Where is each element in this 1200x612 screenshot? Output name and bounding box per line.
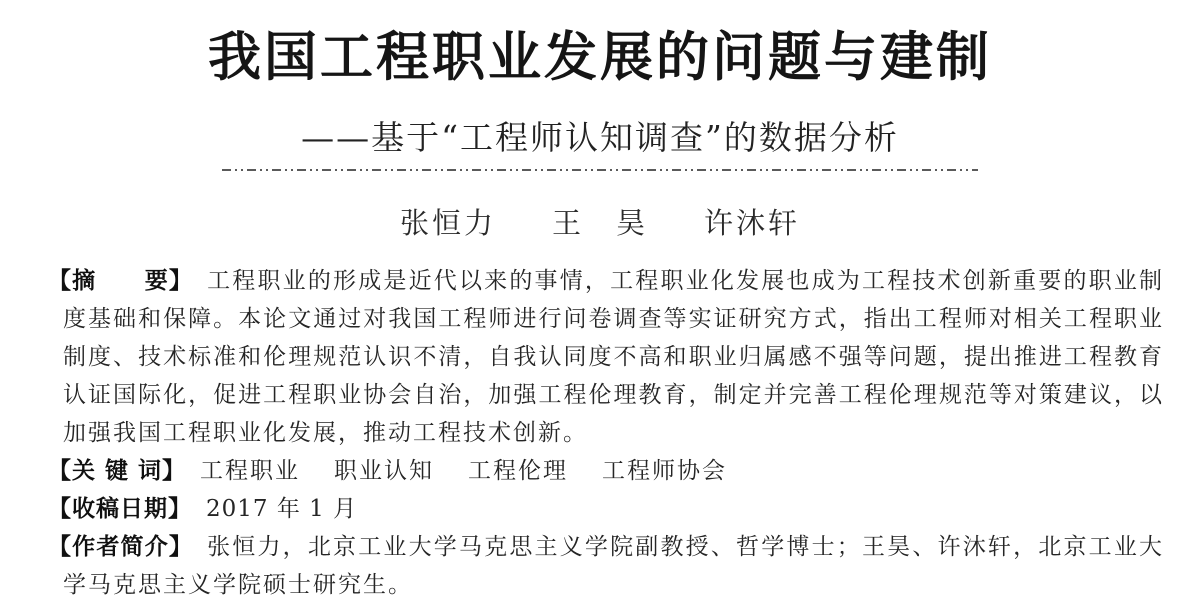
author-name: 许沐轩 <box>704 201 800 242</box>
keywords-section: 【关 键 词】工程职业职业认知工程伦理工程师协会 <box>48 452 1164 490</box>
author-bio-label: 【作者简介】 <box>48 534 193 560</box>
keywords-label: 【关 键 词】 <box>48 458 186 484</box>
abstract-section: 【摘 要】工程职业的形成是近代以来的事情，工程职业化发展也成为工程技术创新重要的… <box>48 262 1164 452</box>
keyword: 工程伦理 <box>468 458 568 484</box>
keyword: 工程职业 <box>200 458 300 484</box>
subtitle-dash-dot-divider <box>222 169 978 171</box>
front-matter: 【摘 要】工程职业的形成是近代以来的事情，工程职业化发展也成为工程技术创新重要的… <box>48 262 1164 604</box>
abstract-label: 【摘 要】 <box>48 268 193 294</box>
paper-title: 我国工程职业发展的问题与建制 <box>0 22 1200 94</box>
paper-page: 我国工程职业发展的问题与建制 ——基于“工程师认知调查”的数据分析 张恒力 王 … <box>0 0 1200 612</box>
keyword: 工程师协会 <box>602 458 727 484</box>
author-list: 张恒力 王 昊 许沐轩 <box>0 201 1200 242</box>
keyword: 职业认知 <box>334 458 434 484</box>
abstract-text: 工程职业的形成是近代以来的事情，工程职业化发展也成为工程技术创新重要的职业制度基… <box>63 268 1164 446</box>
author-bio-section: 【作者简介】张恒力，北京工业大学马克思主义学院副教授、哲学博士；王昊、许沐轩，北… <box>48 528 1164 604</box>
author-bio-text: 张恒力，北京工业大学马克思主义学院副教授、哲学博士；王昊、许沐轩，北京工业大学马… <box>63 534 1164 598</box>
paper-subtitle-row: ——基于“工程师认知调查”的数据分析 <box>222 112 978 169</box>
author-name: 王 昊 <box>552 201 648 242</box>
received-date-section: 【收稿日期】2017 年 1 月 <box>48 490 1164 528</box>
author-name: 张恒力 <box>400 201 496 242</box>
received-date-label: 【收稿日期】 <box>48 496 192 522</box>
received-date-text: 2017 年 1 月 <box>206 496 357 522</box>
paper-subtitle: ——基于“工程师认知调查”的数据分析 <box>222 112 978 159</box>
